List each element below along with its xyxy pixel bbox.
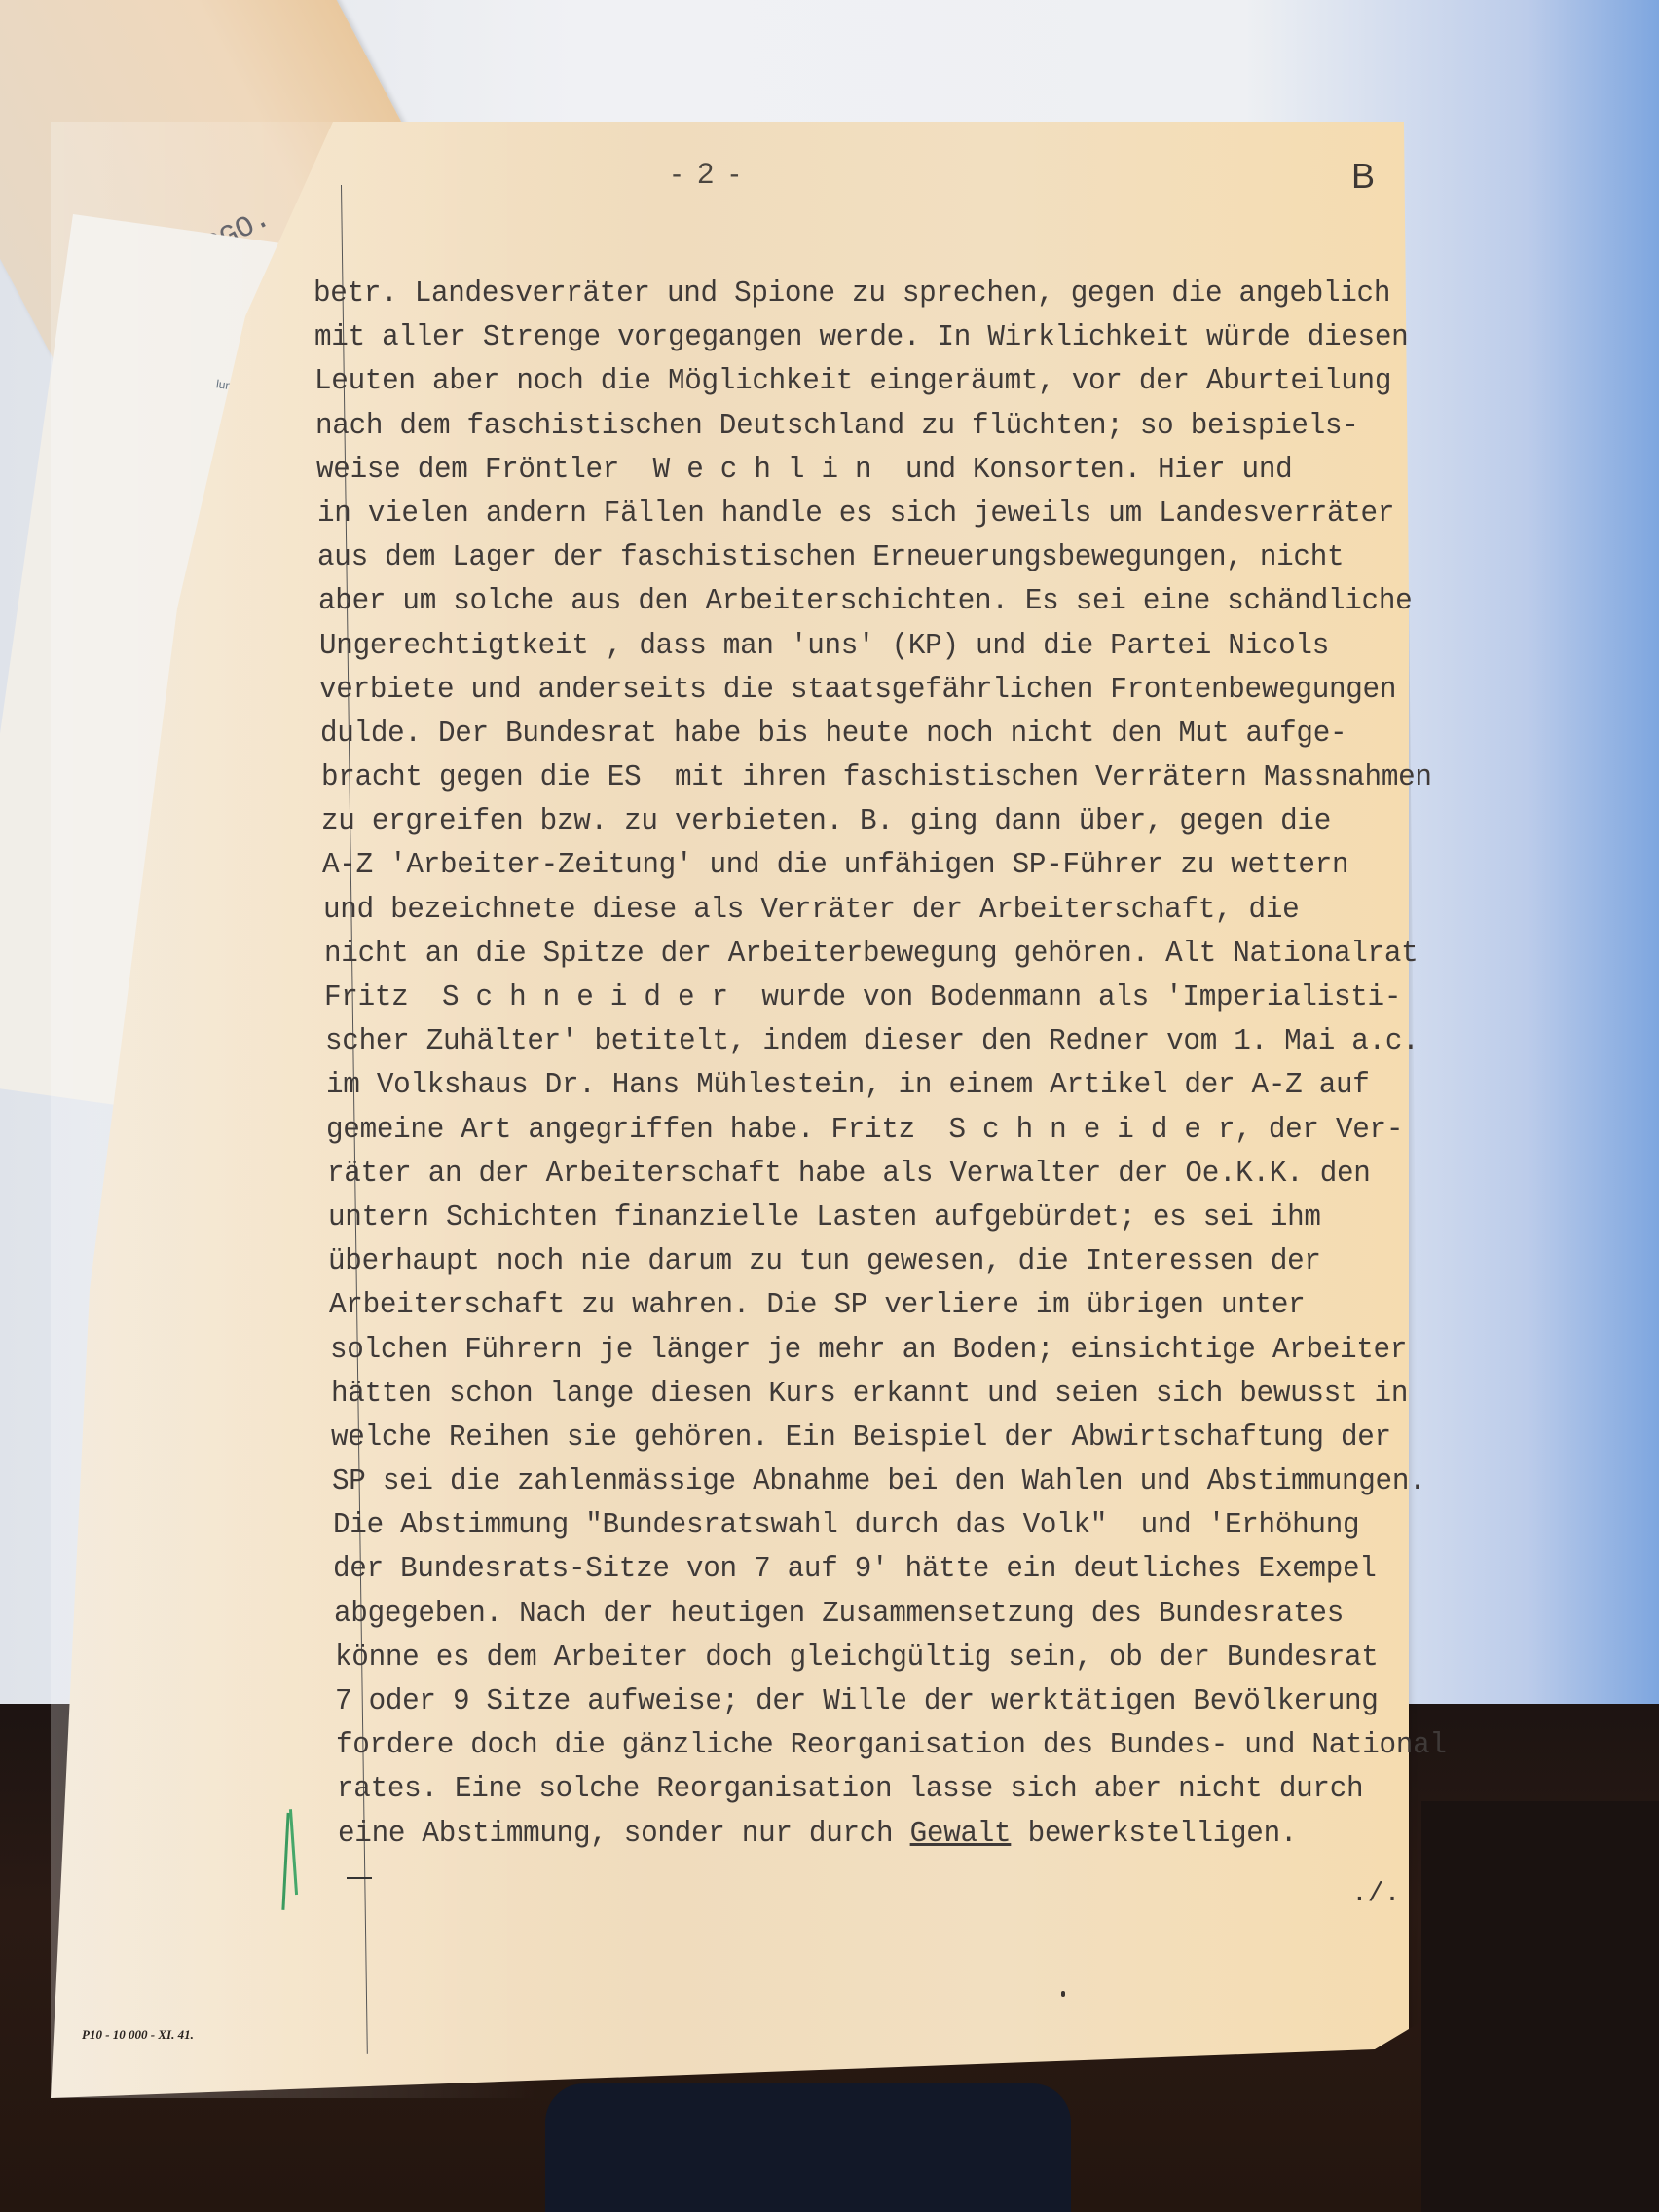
document-body: betr. Landesverräter und Spione zu sprec… bbox=[319, 273, 1419, 1857]
form-number: P10 - 10 000 - XI. 41. bbox=[82, 2027, 194, 2043]
text-line: nach dem faschistischen Deutschland zu f… bbox=[315, 405, 1376, 449]
text-line: in vielen andern Fällen handle es sich j… bbox=[317, 493, 1376, 536]
text-line: könne es dem Arbeiter doch gleichgültig … bbox=[335, 1637, 1376, 1680]
text-line: überhaupt noch nie darum zu tun gewesen,… bbox=[328, 1240, 1376, 1284]
text-line: aus dem Lager der faschistischen Erneuer… bbox=[317, 536, 1376, 580]
text-line: betr. Landesverräter und Spione zu sprec… bbox=[313, 273, 1376, 316]
text-line: 7 oder 9 Sitze aufweise; der Wille der w… bbox=[335, 1680, 1376, 1724]
text-line: untern Schichten finanzielle Lasten aufg… bbox=[328, 1197, 1376, 1240]
text-line: Arbeiterschaft zu wahren. Die SP verlier… bbox=[329, 1284, 1376, 1328]
last-line-end: bewerkstelligen. bbox=[1011, 1818, 1297, 1851]
ink-speck bbox=[1061, 1991, 1065, 1997]
text-line: der Bundesrats-Sitze von 7 auf 9' hätte … bbox=[333, 1548, 1376, 1592]
text-line: und bezeichnete diese als Verräter der A… bbox=[323, 889, 1376, 933]
text-line: bracht gegen die ES mit ihren faschistis… bbox=[321, 756, 1376, 800]
text-line: rates. Eine solche Reorganisation lasse … bbox=[337, 1768, 1377, 1812]
last-line-start: eine Abstimmung, sonder nur durch bbox=[338, 1818, 910, 1851]
continuation-mark: ./. bbox=[1351, 1879, 1400, 1909]
text-line: hätten schon lange diesen Kurs erkannt u… bbox=[331, 1373, 1376, 1417]
text-line: Fritz S c h n e i d e r wurde von Bodenm… bbox=[324, 977, 1376, 1020]
text-line: räter an der Arbeiterschaft habe als Ver… bbox=[327, 1153, 1376, 1197]
text-line-last: eine Abstimmung, sonder nur durch Gewalt… bbox=[338, 1813, 1377, 1857]
text-line: verbiete und anderseits die staatsgefähr… bbox=[319, 669, 1376, 713]
text-line: SP sei die zahlenmässige Abnahme bei den… bbox=[332, 1460, 1376, 1504]
text-line: solchen Führern je länger je mehr an Bod… bbox=[330, 1329, 1376, 1373]
page-number: - 2 - bbox=[672, 158, 743, 191]
text-line: Ungerechtigtkeit , dass man 'uns' (KP) u… bbox=[319, 625, 1376, 669]
text-line: gemeine Art angegriffen habe. Fritz S c … bbox=[326, 1109, 1376, 1153]
text-line: dulde. Der Bundesrat habe bis heute noch… bbox=[320, 713, 1376, 756]
text-line: abgegeben. Nach der heutigen Zusammenset… bbox=[334, 1593, 1376, 1637]
text-line: scher Zuhälter' betitelt, indem dieser d… bbox=[325, 1020, 1376, 1064]
underlined-word: Gewalt bbox=[910, 1818, 1012, 1851]
text-line: zu ergreifen bzw. zu verbieten. B. ging … bbox=[321, 800, 1376, 844]
text-line: welche Reihen sie gehören. Ein Beispiel … bbox=[331, 1417, 1376, 1460]
text-line: weise dem Fröntler W e c h l i n und Kon… bbox=[316, 449, 1376, 493]
dark-cloth bbox=[545, 2083, 1071, 2212]
text-line: mit aller Strenge vorgegangen werde. In … bbox=[314, 316, 1376, 360]
text-line: Leuten aber noch die Möglichkeit eingerä… bbox=[314, 360, 1376, 404]
text-line: nicht an die Spitze der Arbeiterbewegung… bbox=[324, 933, 1376, 977]
text-line: im Volkshaus Dr. Hans Mühlestein, in ein… bbox=[326, 1064, 1376, 1108]
section-letter: B bbox=[1351, 156, 1375, 197]
text-line: fordere doch die gänzliche Reorganisatio… bbox=[336, 1724, 1376, 1768]
text-line: Die Abstimmung "Bundesratswahl durch das… bbox=[333, 1504, 1376, 1548]
dark-table-corner bbox=[1421, 1801, 1659, 2212]
end-dash bbox=[347, 1877, 372, 1879]
text-line: aber um solche aus den Arbeiterschichten… bbox=[318, 580, 1376, 624]
text-line: A-Z 'Arbeiter-Zeitung' und die unfähigen… bbox=[322, 844, 1376, 888]
